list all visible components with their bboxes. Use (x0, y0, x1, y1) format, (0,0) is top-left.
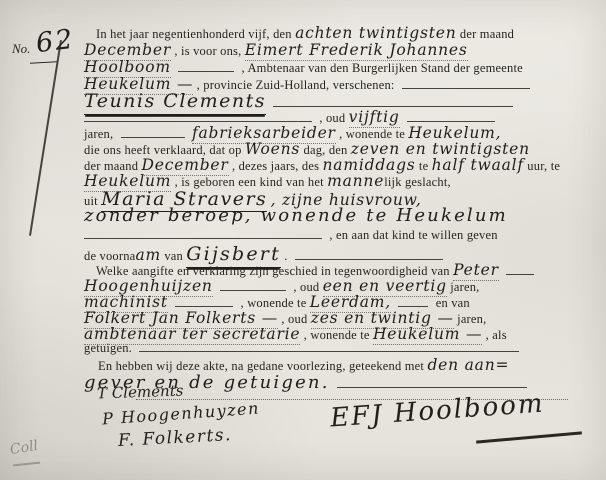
printed-text: , en aan dat kind te willen geven (329, 228, 497, 242)
printed-text: , als (486, 328, 507, 342)
blank-rule (506, 271, 534, 275)
blank-rule (337, 384, 527, 388)
number-underline-stroke (30, 61, 57, 64)
printed-text: , wonende te (241, 296, 307, 310)
scanned-document-page: No. 62 In het jaar negentienhonderd vijf… (0, 0, 606, 480)
form-line-20: getuigen. (84, 341, 596, 356)
blank-rule (295, 256, 443, 260)
act-number-value: 62 (34, 24, 76, 59)
blank-rule (175, 303, 233, 307)
handwritten-entry-mother-details: zonder beroep, wonende te Heukelum (84, 205, 508, 226)
form-line-2: December , is voor ons, Eimert Frederik … (84, 41, 596, 59)
blank-rule (84, 118, 312, 122)
act-number-label: No. (12, 41, 30, 56)
printed-text: , wonende te (339, 127, 405, 141)
printed-text: , oud (281, 312, 307, 326)
signature-witness2: F. Folkerts. (118, 425, 233, 451)
blank-rule (84, 235, 322, 239)
pencil-underline-stroke (13, 462, 40, 466)
printed-text: , Ambtenaar van den Burgerlijken Stand d… (241, 61, 522, 75)
printed-text: der maand (460, 27, 514, 41)
printed-text: , dezes jaars, des (232, 159, 319, 173)
printed-text: te (419, 159, 428, 173)
registrar-paraph-stroke (476, 431, 582, 443)
blank-rule (273, 103, 513, 107)
printed-text: jaren, (457, 312, 486, 326)
blank-rule (220, 287, 286, 291)
printed-text: der maand (84, 159, 138, 173)
blank-rule (139, 348, 519, 352)
printed-text: , oud (293, 280, 319, 294)
printed-text: dag, den (304, 143, 348, 157)
printed-text: , is voor ons, (174, 44, 241, 58)
handwritten-entry-date-day: achten twintigsten (295, 24, 457, 42)
printed-text: , is geboren een kind van het (175, 175, 324, 189)
printed-text: jaren, (450, 280, 479, 294)
signature-declarant: T Clements (97, 381, 184, 402)
form-line-13: , en aan dat kind te willen geven (84, 228, 596, 243)
pen-flourish-stroke (29, 40, 62, 236)
printed-text: En hebben wij deze akte, na gedane voorl… (98, 359, 424, 373)
form-line-1: In het jaar negentienhonderd vijf, den a… (96, 24, 606, 42)
printed-text: Welke aangifte en verklaring zijn geschi… (96, 264, 450, 278)
form-line-12: zonder beroep, wonende te Heukelum (84, 205, 596, 226)
printed-text: getuigen. (84, 341, 132, 355)
printed-text: die ons heeft verklaard, dat op (84, 143, 242, 157)
printed-text: , wonende te (304, 328, 370, 342)
form-line-3: Hoolboom , Ambtenaar van den Burgerlijke… (84, 58, 596, 76)
signature-witness1: P Hoogenhuyzen (102, 399, 261, 429)
printed-text: lijk geslacht, (384, 175, 451, 189)
printed-text: uur, te (527, 159, 560, 173)
printed-text: In het jaar negentienhonderd vijf, den (96, 27, 292, 41)
pencil-collation-note: Coll (9, 438, 39, 458)
blank-rule (407, 118, 495, 122)
printed-text: en van (436, 296, 470, 310)
act-number-value-wrap: 62 (34, 24, 76, 59)
blank-rule (121, 134, 185, 138)
act-number-block: No. (12, 40, 30, 58)
printed-text: jaren, (84, 127, 113, 141)
printed-text: , oud (319, 111, 345, 125)
blank-rule (402, 85, 530, 89)
blank-rule (398, 303, 428, 307)
blank-rule (178, 68, 234, 72)
